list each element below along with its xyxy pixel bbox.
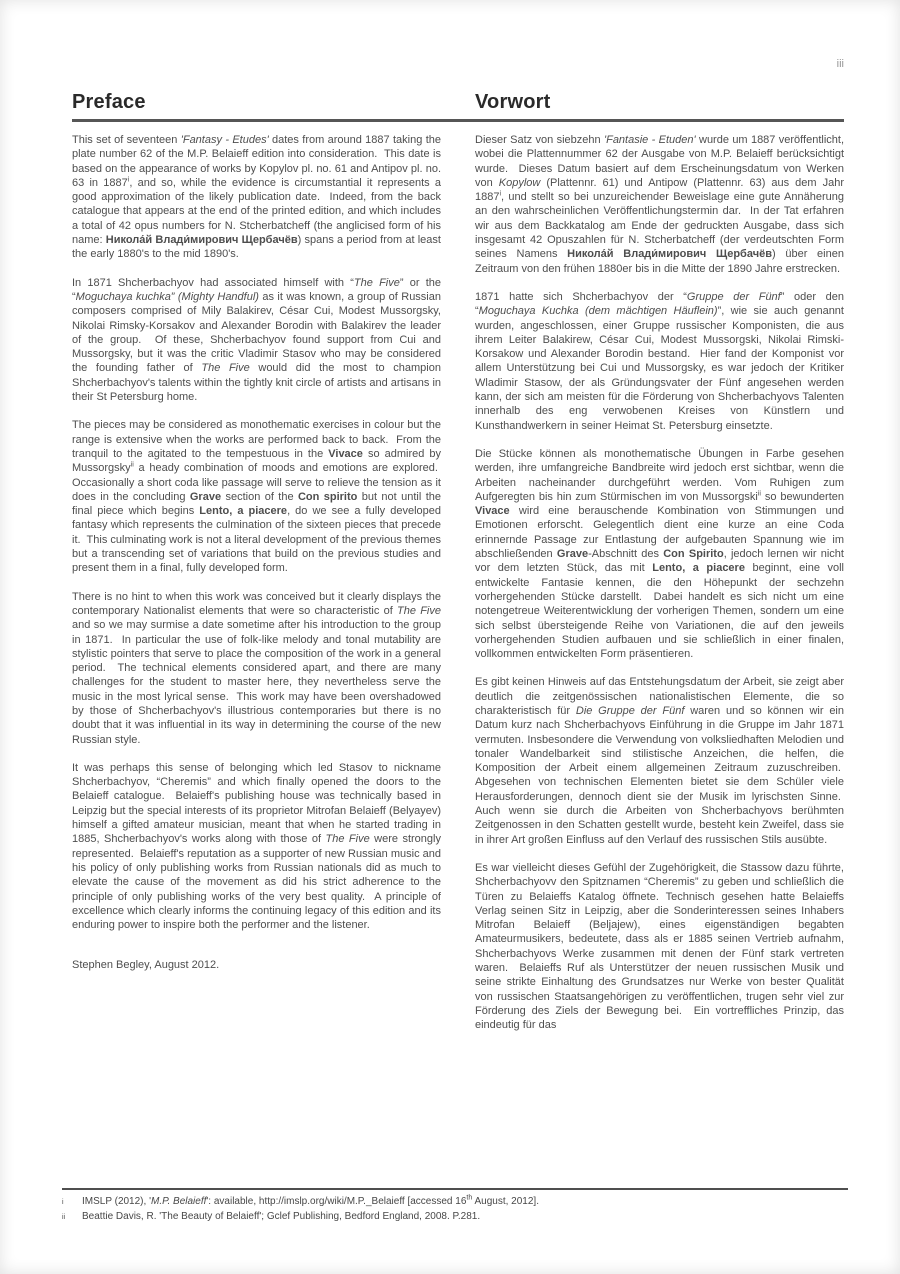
preface-heading: Preface — [72, 90, 441, 114]
footnote: i IMSLP (2012), 'M.P. Belaieff': availab… — [62, 1195, 848, 1210]
heading-row: Preface Vorwort — [72, 90, 844, 114]
footnote-text: IMSLP (2012), 'M.P. Belaieff': available… — [82, 1195, 848, 1209]
author-signature: Stephen Begley, August 2012. — [72, 958, 441, 972]
document-page: iii Preface Vorwort This set of seventee… — [0, 0, 900, 1274]
text-columns: This set of seventeen 'Fantasy - Etudes'… — [72, 133, 844, 1047]
paragraph: This set of seventeen 'Fantasy - Etudes'… — [72, 133, 441, 262]
footnote-section: i IMSLP (2012), 'M.P. Belaieff': availab… — [62, 1188, 848, 1224]
paragraph: Die Stücke können als monothematische Üb… — [475, 447, 844, 661]
paragraph: In 1871 Shcherbachyov had associated him… — [72, 276, 441, 405]
footnote-text: Beattie Davis, R. 'The Beauty of Belaief… — [82, 1210, 848, 1224]
heading-rule — [72, 119, 844, 122]
footnote-marker: ii — [62, 1210, 82, 1225]
paragraph: 1871 hatte sich Shcherbachyov der “Grupp… — [475, 290, 844, 433]
footnote: ii Beattie Davis, R. 'The Beauty of Bela… — [62, 1210, 848, 1225]
paragraph: The pieces may be considered as monothem… — [72, 418, 441, 575]
paragraph: It was perhaps this sense of belonging w… — [72, 761, 441, 933]
vorwort-body: Dieser Satz von siebzehn 'Fantasie - Etu… — [475, 133, 844, 1033]
paragraph: Dieser Satz von siebzehn 'Fantasie - Etu… — [475, 133, 844, 276]
page-content: Preface Vorwort This set of seventeen 'F… — [72, 90, 844, 1047]
footnote-marker: i — [62, 1195, 82, 1210]
paragraph: There is no hint to when this work was c… — [72, 590, 441, 747]
vorwort-heading: Vorwort — [475, 90, 844, 114]
preface-column: This set of seventeen 'Fantasy - Etudes'… — [72, 133, 441, 1047]
vorwort-column: Dieser Satz von siebzehn 'Fantasie - Etu… — [475, 133, 844, 1047]
page-number: iii — [837, 58, 844, 70]
paragraph: Es war vielleicht dieses Gefühl der Zuge… — [475, 861, 844, 1033]
paragraph: Es gibt keinen Hinweis auf das Entstehun… — [475, 675, 844, 847]
footnote-rule — [62, 1188, 848, 1190]
preface-body: This set of seventeen 'Fantasy - Etudes'… — [72, 133, 441, 932]
